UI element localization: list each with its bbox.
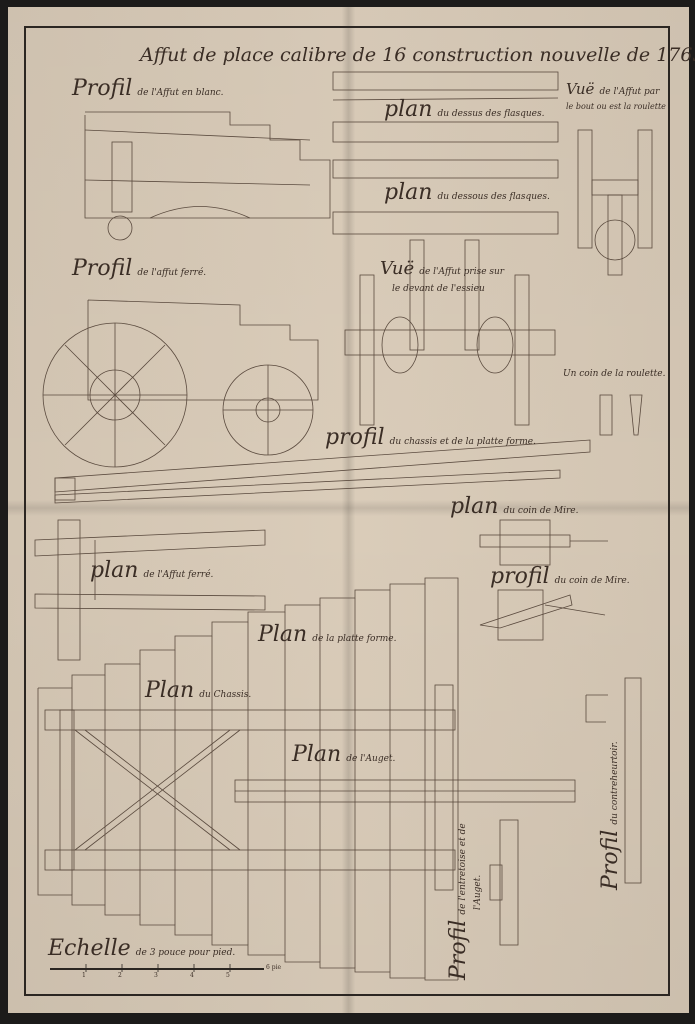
label-small: de 3 pouce pour pied. <box>136 948 235 958</box>
profil-entretoise-drawing <box>490 820 518 945</box>
label-small: du dessous des flasques. <box>438 192 550 202</box>
label-small: du coin de Mire. <box>555 576 630 586</box>
plan-affut-ferre-drawing <box>35 520 265 660</box>
label-small: de l'Affut par <box>600 87 660 97</box>
label-small: de l'Affut en blanc. <box>137 88 223 98</box>
profil-affut-ferre-drawing <box>43 300 318 467</box>
label-plan-chassis: Plan du Chassis. <box>145 678 251 703</box>
label-big: profil <box>325 425 385 450</box>
label-small: de l'Affut prise sur <box>419 267 504 277</box>
scale-bar-line <box>50 964 264 972</box>
label-big: Profil <box>72 256 132 281</box>
technical-drawing <box>0 0 695 1024</box>
label-big: plan <box>384 97 432 122</box>
label-big: Profil <box>598 830 623 890</box>
label-small: du dessus des flasques. <box>438 109 545 119</box>
plan-auget-drawing <box>235 780 575 802</box>
label-profil-entretoise: Profil de l'entretoise et de l'Auget. <box>453 823 484 980</box>
label-big: profil <box>490 564 550 589</box>
label-plan-coin-mire: plan du coin de Mire. <box>450 494 578 519</box>
label-big: Echelle <box>48 936 131 961</box>
scale-tick-2: 2 <box>118 972 122 979</box>
label-small: de l'Auget. <box>346 754 395 764</box>
label-big: Vuë <box>566 80 594 98</box>
coin-roulette-drawing <box>600 395 642 435</box>
label-small: du coin de Mire. <box>504 506 579 516</box>
plan-coin-mire-drawing <box>480 520 608 565</box>
scale-tick-1: 1 <box>82 972 86 979</box>
label-vue-bout: Vuë de l'Affut par le bout ou est la rou… <box>566 83 666 113</box>
label-small: du contreheurtoir. <box>610 741 620 824</box>
label-small-2: l'Auget. <box>473 875 483 980</box>
vue-bout-drawing <box>578 130 652 275</box>
scale-tick-5: 5 <box>226 972 230 979</box>
label-small: du Chassis. <box>199 690 251 700</box>
label-profil-coin-mire: profil du coin de Mire. <box>490 564 630 589</box>
label-big: plan <box>450 494 498 519</box>
label-vue-devant: Vuë de l'Affut prise sur le devant de l'… <box>380 262 504 296</box>
profil-coin-mire-drawing <box>480 590 605 640</box>
label-big: Plan <box>145 678 194 703</box>
label-profil-affut-ferre: Profil de l'affut ferré. <box>72 256 206 281</box>
label-small-2: le bout ou est la roulette <box>566 102 666 111</box>
label-plan-platte-forme: Plan de la platte forme. <box>258 622 396 647</box>
label-big: Profil <box>446 920 471 980</box>
label-small: de l'entretoise et de <box>458 823 468 914</box>
label-big: plan <box>384 180 432 205</box>
label-small: de l'affut ferré. <box>137 268 206 278</box>
label-small: de la platte forme. <box>312 634 396 644</box>
scale-tick-3: 3 <box>154 972 158 979</box>
profil-affut-blanc-drawing <box>85 112 330 240</box>
label-big: Plan <box>258 622 307 647</box>
scale-tick-6: 6 pie <box>266 964 281 971</box>
label-big: Vuë <box>380 258 414 279</box>
label-plan-dessus-flasques: plan du dessus des flasques. <box>384 97 544 122</box>
label-plan-dessous-flasques: plan du dessous des flasques. <box>384 180 550 205</box>
label-small-2: le devant de l'essieu <box>380 284 485 294</box>
label-profil-contreheurtoir: Profil du contreheurtoir. <box>598 741 623 890</box>
label-profil-affut-blanc: Profil de l'Affut en blanc. <box>72 76 224 101</box>
label-profil-chassis: profil du chassis et de la platte forme. <box>325 425 536 450</box>
label-echelle: Echelle de 3 pouce pour pied. <box>48 936 235 961</box>
label-small: du chassis et de la platte forme. <box>390 437 536 447</box>
label-big: Profil <box>72 76 132 101</box>
label-small: de l'Affut ferré. <box>144 570 214 580</box>
label-coin-roulette: Un coin de la roulette. <box>563 369 665 379</box>
document-title: Affut de place calibre de 16 constructio… <box>140 44 695 66</box>
label-big: plan <box>90 558 138 583</box>
scale-tick-4: 4 <box>190 972 194 979</box>
plan-chassis-drawing <box>45 685 455 890</box>
label-plan-auget: Plan de l'Auget. <box>292 742 395 767</box>
label-big: Plan <box>292 742 341 767</box>
label-plan-affut-ferre: plan de l'Affut ferré. <box>90 558 213 583</box>
